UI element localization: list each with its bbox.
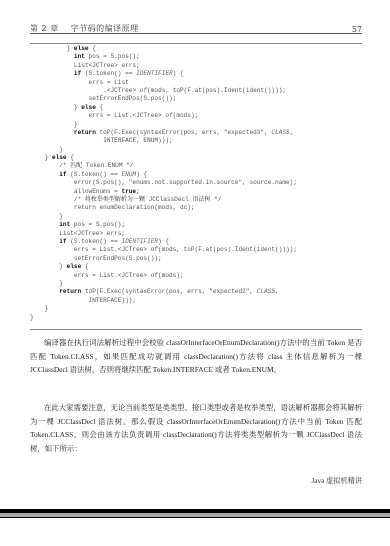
code-line: } <box>30 314 362 322</box>
code-keyword: if <box>59 238 66 245</box>
paragraph-1: 编译器在执行词法解析过程中会校验 classOrInterfaceOrEnumD… <box>30 336 362 377</box>
paragraph-2: 在此大家需要注意，无论当前类型是类类型、接口类型或者是枚举类型，语法解析器都会将… <box>30 401 362 455</box>
code-line: setErrorEndPos(S.pos()); <box>30 95 362 103</box>
code-line: } else { <box>30 45 362 53</box>
code-token: List<JCTree> errs; <box>59 230 125 237</box>
code-line: } <box>30 121 362 129</box>
code-token: IDENTIFIER <box>121 238 158 245</box>
code-token: } <box>59 213 63 220</box>
code-line: errs = List <box>30 79 362 87</box>
code-token: } <box>74 121 78 128</box>
code-keyword: else <box>52 154 67 161</box>
code-line: if (S.token() == IDENTIFIER) { <box>30 70 362 78</box>
code-line: int pos = S.pos(); <box>30 53 362 61</box>
code-line: } <box>30 213 362 221</box>
code-token: errs = List.<JCTree> of(mods); <box>74 272 184 279</box>
code-token: ; <box>136 188 140 195</box>
code-line: INTERFACE, ENUM))); <box>30 137 362 145</box>
code-token: } <box>67 45 74 52</box>
code-line: .<JCTree> of(mods, toP(F.at(pos).Ident(i… <box>30 87 362 95</box>
code-keyword: int <box>74 53 85 60</box>
book-title: Java 虚拟机精讲 <box>311 476 362 486</box>
code-token: ) { <box>136 171 147 178</box>
code-token: (mods); <box>173 112 199 119</box>
code-token: CLASS <box>271 129 289 136</box>
code-token: INTERFACE, ENUM))); <box>103 137 172 144</box>
code-line: setErrorEndPos(S.pos()); <box>30 255 362 263</box>
header-rule <box>30 33 362 34</box>
code-token: /* <box>74 196 85 203</box>
code-block-top-rule <box>30 43 362 44</box>
code-block-bottom-rule <box>30 329 362 330</box>
code-line: errs = List.<JCTree> of(mods); <box>30 272 362 280</box>
code-block: } else {int pos = S.pos();List<JCTree> e… <box>30 45 362 322</box>
code-token: ) { <box>173 70 184 77</box>
code-line: } <box>30 146 362 154</box>
code-token: , <box>275 288 279 295</box>
chapter-title: 字节码的编译原理 <box>71 24 139 33</box>
code-keyword: return <box>59 288 81 295</box>
code-token: errs = List.<JCTree> of(mods, toP(F.at(p… <box>74 246 297 253</box>
chapter-label: 第 2 章 <box>30 24 59 33</box>
code-line: } else { <box>30 104 362 112</box>
code-keyword: true <box>121 188 136 195</box>
code-token: .<JCTree> <box>103 87 140 94</box>
code-line: allowEnums = true; <box>30 188 362 196</box>
code-line: return enumDeclaration(mods, dc); <box>30 204 362 212</box>
code-line: List<JCTree> errs; <box>30 62 362 70</box>
code-token: } <box>45 305 49 312</box>
code-token: { <box>89 45 96 52</box>
code-token: } <box>45 154 52 161</box>
code-token: (S.token() == <box>81 70 136 77</box>
code-keyword: else <box>74 45 89 52</box>
code-token: IDENTIFIER <box>136 70 173 77</box>
code-token: return enumDeclaration(mods, dc); <box>74 204 195 211</box>
code-token: errs = List.<JCTree> <box>89 112 166 119</box>
code-comment-text: 将枚举类型解析为一颗 <box>85 196 145 203</box>
code-token: pos = S.pos(); <box>70 221 125 228</box>
code-token: Token.ENUM */ <box>82 162 133 169</box>
code-line: } <box>30 280 362 288</box>
code-line: /* 匹配 Token.ENUM */ <box>30 162 362 170</box>
code-line: errs = List.<JCTree> of(mods, toP(F.at(p… <box>30 246 362 254</box>
code-line: } <box>30 305 362 313</box>
code-line: } else { <box>30 263 362 271</box>
code-line: error(S.pos(), "enums.not.supported.in.s… <box>30 179 362 187</box>
code-token: { <box>67 154 74 161</box>
code-token: of <box>140 87 147 94</box>
code-token: , <box>290 129 294 136</box>
code-token: } <box>59 146 63 153</box>
code-token: toP(F.Exec(syntaxError(pos, errs, "expec… <box>96 129 272 136</box>
code-token: errs = List <box>89 79 129 86</box>
code-line: if (S.token() == ENUM) { <box>30 171 362 179</box>
code-token: JCClassDecl <box>145 196 193 203</box>
code-token: error(S.pos(), "enums.not.supported.in.s… <box>74 179 297 186</box>
code-token: ENUM <box>121 171 136 178</box>
code-comment-text: 匹配 <box>70 162 82 169</box>
code-comment-text: 语法树 <box>192 196 210 203</box>
code-line: if (S.token() == IDENTIFIER) { <box>30 238 362 246</box>
code-line: INTERFACE))); <box>30 297 362 305</box>
code-token: of <box>165 112 172 119</box>
code-token: { <box>96 104 103 111</box>
code-token: /* <box>59 162 70 169</box>
code-line: List<JCTree> errs; <box>30 230 362 238</box>
code-token: { <box>81 263 88 270</box>
code-line: int pos = S.pos(); <box>30 221 362 229</box>
code-line: return toP(F.Exec(syntaxError(pos, errs,… <box>30 129 362 137</box>
code-keyword: else <box>81 104 96 111</box>
code-token: } <box>30 314 34 321</box>
code-token: */ <box>210 196 221 203</box>
code-keyword: if <box>59 171 66 178</box>
code-token: allowEnums = <box>74 188 122 195</box>
footer-band-line <box>0 517 390 518</box>
code-token: (S.token() == <box>67 238 122 245</box>
code-token: CLASS <box>257 288 275 295</box>
code-token: toP(F.Exec(syntaxError(pos, errs, "expec… <box>81 288 257 295</box>
code-line: /* 将枚举类型解析为一颗 JCClassDecl 语法树 */ <box>30 196 362 204</box>
code-token: (mods, toP(F.at(pos).Ident(ident()))); <box>147 87 286 94</box>
code-keyword: int <box>59 221 70 228</box>
code-token: ) { <box>158 238 169 245</box>
code-token: (S.token() == <box>67 171 122 178</box>
code-token: List<JCTree> errs; <box>74 62 140 69</box>
code-token: pos = S.pos(); <box>85 53 140 60</box>
code-keyword: else <box>67 263 82 270</box>
code-token: } <box>59 280 63 287</box>
code-token: setErrorEndPos(S.pos()); <box>89 95 177 102</box>
code-line: errs = List.<JCTree> of(mods); <box>30 112 362 120</box>
code-token: INTERFACE))); <box>89 297 137 304</box>
code-token: setErrorEndPos(S.pos()); <box>74 255 162 262</box>
code-line: return toP(F.Exec(syntaxError(pos, errs,… <box>30 288 362 296</box>
code-keyword: return <box>74 129 96 136</box>
code-token: } <box>59 263 66 270</box>
